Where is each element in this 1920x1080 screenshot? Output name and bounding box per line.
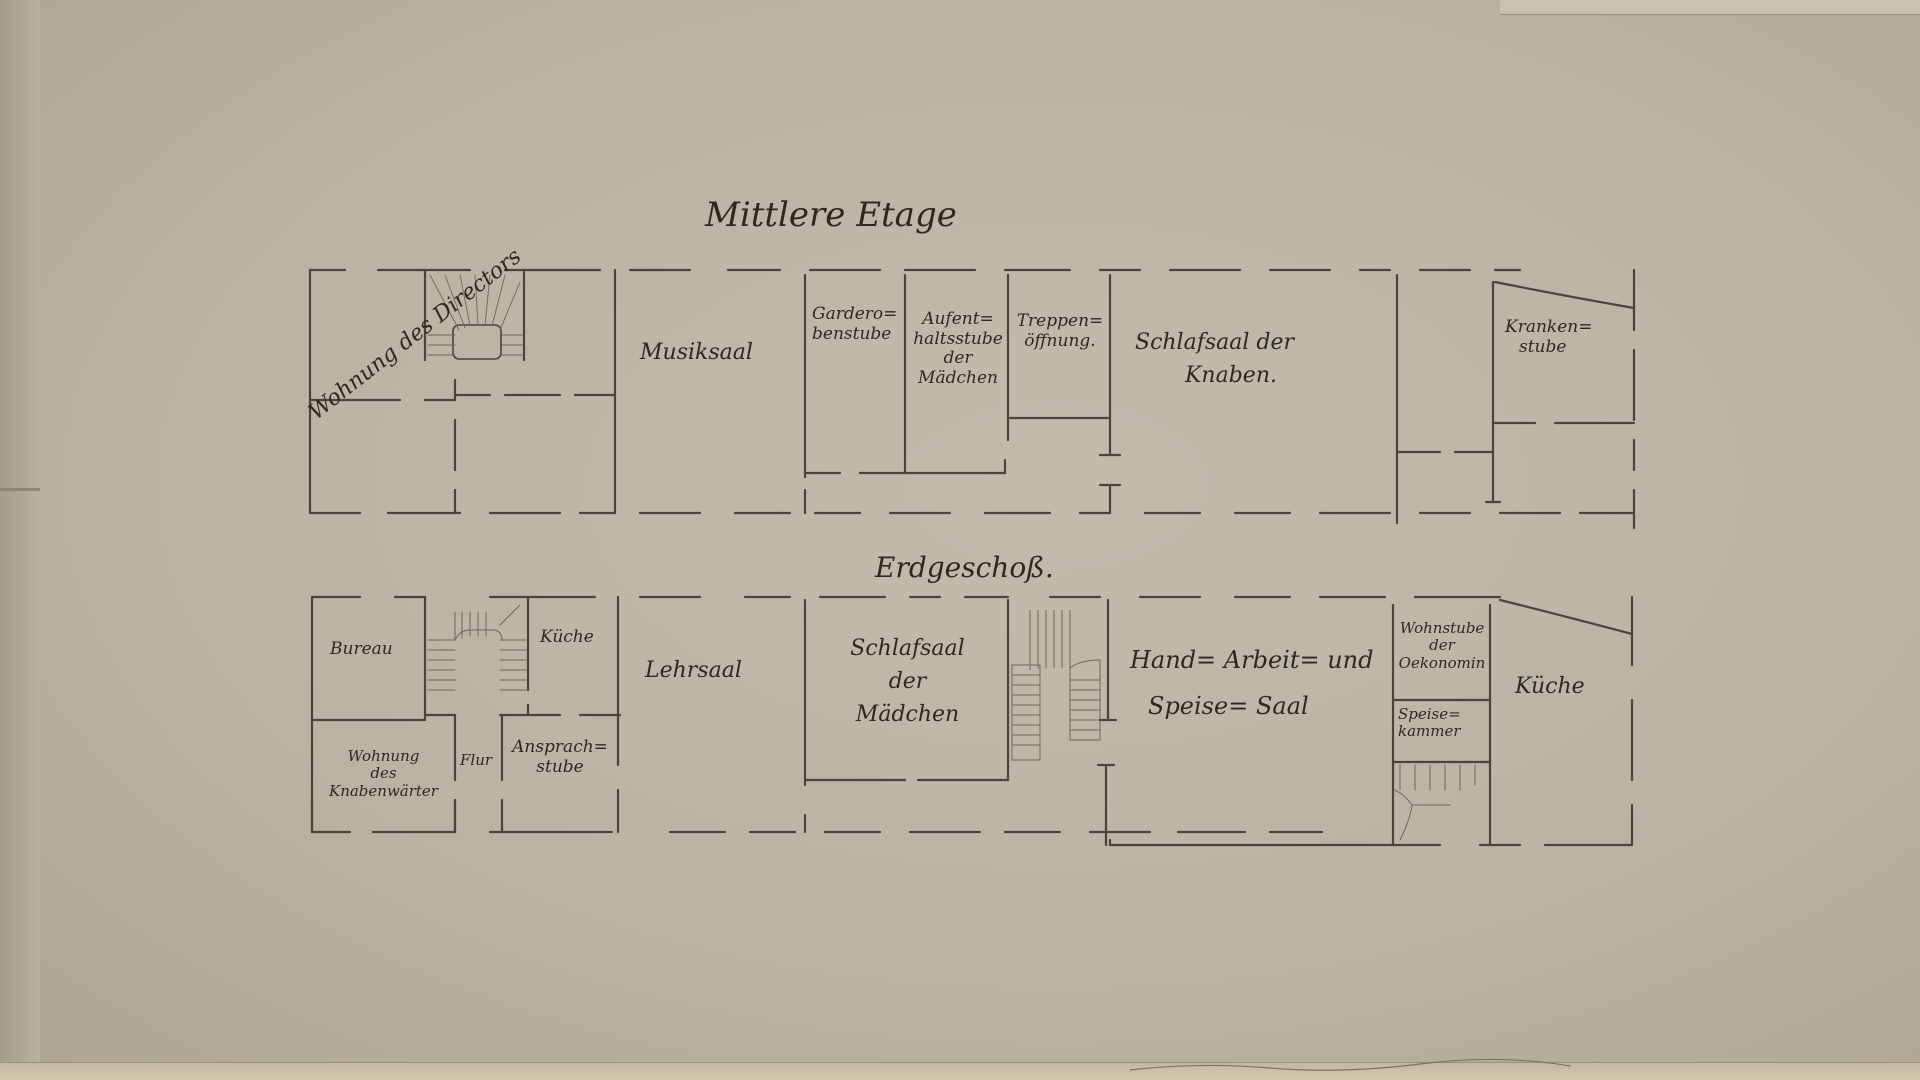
room-label-line: Hand= Arbeit= und	[1130, 638, 1374, 684]
room-label-line: Wohnung	[316, 748, 451, 765]
room-label-line: stube	[505, 758, 615, 778]
room-label-bureau: Bureau	[330, 640, 393, 660]
room-label-line: benstube	[812, 325, 897, 345]
room-label-knabenwaerter: Wohnung des Knabenwärter	[316, 748, 451, 800]
room-label-line: Kranken=	[1505, 318, 1592, 338]
room-label-line: Wohnstube	[1396, 620, 1488, 637]
room-label-line: Gardero=	[812, 305, 897, 325]
room-label-line: Schlafsaal der	[1135, 330, 1294, 355]
floor-plan-drawing	[0, 0, 1920, 1080]
room-label-flur: Flur	[460, 752, 492, 769]
room-label-speisekammer: Speise= kammer	[1398, 706, 1461, 741]
room-label-aufenthalt: Aufent= haltsstube der Mädchen	[910, 310, 1006, 388]
room-label-schlafsaal-knaben: Schlafsaal der Knaben.	[1135, 330, 1294, 389]
room-label-line: des	[316, 765, 451, 782]
room-label-speisesaal: Hand= Arbeit= und Speise= Saal	[1130, 638, 1374, 729]
room-label-line: Mädchen	[810, 698, 1005, 731]
room-label-line: Knabenwärter	[316, 783, 451, 800]
room-label-line: stube	[1505, 338, 1592, 358]
room-label-line: Speise=	[1398, 706, 1461, 723]
room-label-oekonomin: Wohnstube der Oekonomin	[1396, 620, 1488, 672]
room-label-line: Ansprach=	[505, 738, 615, 758]
room-label-line: Knaben.	[1135, 363, 1294, 388]
ground-floor-title: Erdgeschoß.	[875, 552, 1054, 584]
room-label-line: Mädchen	[910, 369, 1006, 389]
room-label-line: Oekonomin	[1396, 655, 1488, 672]
room-label-line: Aufent=	[910, 310, 1006, 330]
room-label-line: haltsstube	[910, 330, 1006, 350]
room-label-kueche-2: Küche	[1515, 674, 1585, 699]
room-label-musiksaal: Musiksaal	[640, 340, 753, 365]
room-label-ansprach: Ansprach= stube	[505, 738, 615, 777]
room-label-line: der	[910, 349, 1006, 369]
room-label-line: öffnung.	[1012, 332, 1108, 352]
room-label-line: Schlafsaal	[810, 632, 1005, 665]
upper-floor-title: Mittlere Etage	[705, 196, 957, 235]
room-label-schlafsaal-maedchen: Schlafsaal der Mädchen	[810, 632, 1005, 731]
room-label-line: der	[810, 665, 1005, 698]
room-label-garderobe: Gardero= benstube	[812, 305, 897, 344]
room-label-line: Speise= Saal	[1130, 684, 1374, 730]
room-label-kueche-1: Küche	[540, 628, 594, 648]
room-label-line: kammer	[1398, 723, 1461, 740]
room-label-line: der	[1396, 637, 1488, 654]
room-label-line: Treppen=	[1012, 312, 1108, 332]
room-label-treppen: Treppen= öffnung.	[1012, 312, 1108, 351]
room-label-kranken: Kranken= stube	[1505, 318, 1592, 357]
room-label-lehrsaal: Lehrsaal	[645, 658, 742, 683]
